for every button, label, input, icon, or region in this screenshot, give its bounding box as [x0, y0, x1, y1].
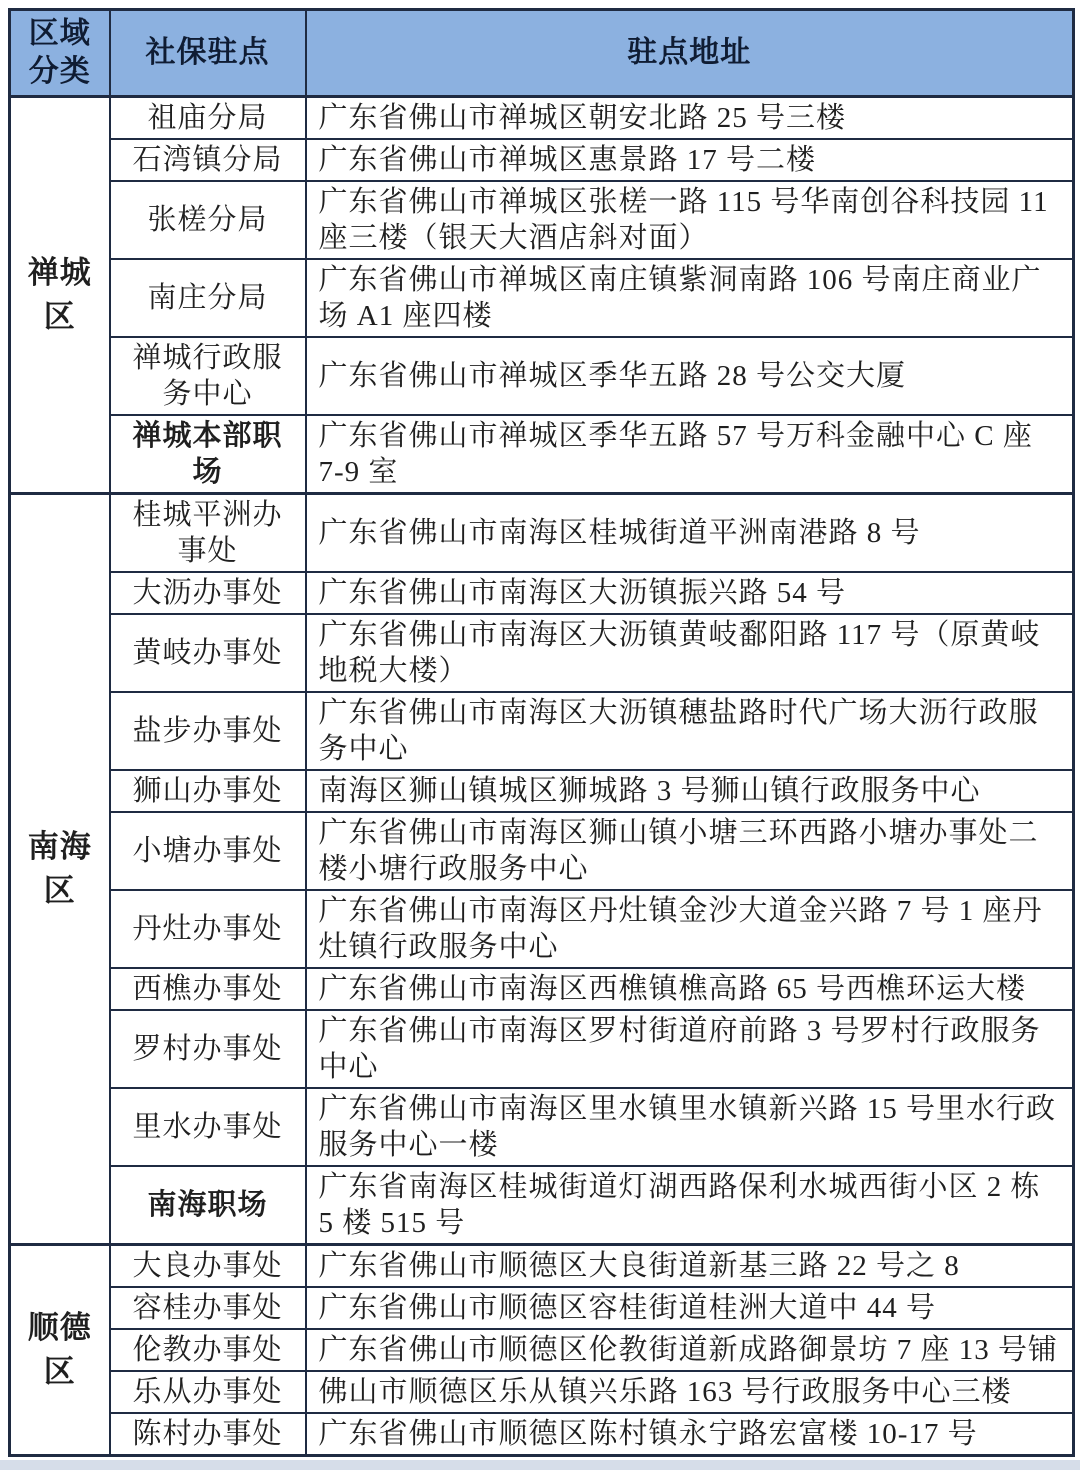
address-cell: 广东省佛山市南海区罗村街道府前路 3 号罗村行政服务中心 [306, 1010, 1074, 1088]
address-cell: 广东省佛山市禅城区惠景路 17 号二楼 [306, 139, 1074, 181]
header-region: 区域分类 [10, 10, 110, 97]
table-row: 禅城本部职场 广东省佛山市禅城区季华五路 57 号万科金融中心 C 座 7-9 … [10, 415, 1074, 494]
site-cell: 狮山办事处 [110, 770, 306, 812]
site-cell: 罗村办事处 [110, 1010, 306, 1088]
table-row: 南庄分局 广东省佛山市禅城区南庄镇紫洞南路 106 号南庄商业广场 A1 座四楼 [10, 259, 1074, 337]
address-cell: 广东省佛山市顺德区容桂街道桂洲大道中 44 号 [306, 1287, 1074, 1329]
table-row: 盐步办事处 广东省佛山市南海区大沥镇穗盐路时代广场大沥行政服务中心 [10, 692, 1074, 770]
header-row: 区域分类 社保驻点 驻点地址 [10, 10, 1074, 97]
address-cell: 广东省佛山市南海区西樵镇樵高路 65 号西樵环运大楼 [306, 968, 1074, 1010]
table-row: 里水办事处 广东省佛山市南海区里水镇里水镇新兴路 15 号里水行政服务中心一楼 [10, 1088, 1074, 1166]
table-row: 乐从办事处 佛山市顺德区乐从镇兴乐路 163 号行政服务中心三楼 [10, 1371, 1074, 1413]
table-row: 丹灶办事处 广东省佛山市南海区丹灶镇金沙大道金兴路 7 号 1 座丹灶镇行政服务… [10, 890, 1074, 968]
page: 区域分类 社保驻点 驻点地址 禅城区 祖庙分局 广东省佛山市禅城区朝安北路 25… [0, 0, 1080, 1470]
header-address: 驻点地址 [306, 10, 1074, 97]
table-row: 狮山办事处 南海区狮山镇城区狮城路 3 号狮山镇行政服务中心 [10, 770, 1074, 812]
table-row: 禅城区 祖庙分局 广东省佛山市禅城区朝安北路 25 号三楼 [10, 97, 1074, 140]
table-row: 容桂办事处 广东省佛山市顺德区容桂街道桂洲大道中 44 号 [10, 1287, 1074, 1329]
address-cell: 广东省佛山市南海区狮山镇小塘三环西路小塘办事处二楼小塘行政服务中心 [306, 812, 1074, 890]
address-cell: 广东省佛山市南海区里水镇里水镇新兴路 15 号里水行政服务中心一楼 [306, 1088, 1074, 1166]
site-cell: 乐从办事处 [110, 1371, 306, 1413]
address-cell: 广东省佛山市顺德区伦教街道新成路御景坊 7 座 13 号铺 [306, 1329, 1074, 1371]
address-cell: 广东省佛山市禅城区朝安北路 25 号三楼 [306, 97, 1074, 140]
address-cell: 广东省佛山市南海区大沥镇黄岐鄱阳路 117 号（原黄岐地税大楼） [306, 614, 1074, 692]
table-row: 黄岐办事处 广东省佛山市南海区大沥镇黄岐鄱阳路 117 号（原黄岐地税大楼） [10, 614, 1074, 692]
region-cell-nanhai: 南海区 [10, 494, 110, 1245]
address-cell: 南海区狮山镇城区狮城路 3 号狮山镇行政服务中心 [306, 770, 1074, 812]
table-wrap: 区域分类 社保驻点 驻点地址 禅城区 祖庙分局 广东省佛山市禅城区朝安北路 25… [8, 8, 1072, 1457]
table-row: 罗村办事处 广东省佛山市南海区罗村街道府前路 3 号罗村行政服务中心 [10, 1010, 1074, 1088]
address-cell: 佛山市顺德区乐从镇兴乐路 163 号行政服务中心三楼 [306, 1371, 1074, 1413]
region-cell-shunde: 顺德区 [10, 1245, 110, 1456]
site-cell: 容桂办事处 [110, 1287, 306, 1329]
site-cell: 黄岐办事处 [110, 614, 306, 692]
table-row: 南海区 桂城平洲办事处 广东省佛山市南海区桂城街道平洲南港路 8 号 [10, 494, 1074, 573]
address-cell: 广东省南海区桂城街道灯湖西路保利水城西街小区 2 栋 5 楼 515 号 [306, 1166, 1074, 1245]
site-cell: 石湾镇分局 [110, 139, 306, 181]
table-row: 禅城行政服务中心 广东省佛山市禅城区季华五路 28 号公交大厦 [10, 337, 1074, 415]
site-cell: 西樵办事处 [110, 968, 306, 1010]
site-cell: 禅城本部职场 [110, 415, 306, 494]
site-cell: 小塘办事处 [110, 812, 306, 890]
site-cell: 禅城行政服务中心 [110, 337, 306, 415]
address-cell: 广东省佛山市禅城区季华五路 57 号万科金融中心 C 座 7-9 室 [306, 415, 1074, 494]
social-security-stations-table: 区域分类 社保驻点 驻点地址 禅城区 祖庙分局 广东省佛山市禅城区朝安北路 25… [8, 8, 1075, 1457]
table-row: 大沥办事处 广东省佛山市南海区大沥镇振兴路 54 号 [10, 572, 1074, 614]
table-row: 石湾镇分局 广东省佛山市禅城区惠景路 17 号二楼 [10, 139, 1074, 181]
site-cell: 南海职场 [110, 1166, 306, 1245]
table-row: 南海职场 广东省南海区桂城街道灯湖西路保利水城西街小区 2 栋 5 楼 515 … [10, 1166, 1074, 1245]
address-cell: 广东省佛山市顺德区大良街道新基三路 22 号之 8 [306, 1245, 1074, 1288]
header-site: 社保驻点 [110, 10, 306, 97]
site-cell: 伦教办事处 [110, 1329, 306, 1371]
table-row: 顺德区 大良办事处 广东省佛山市顺德区大良街道新基三路 22 号之 8 [10, 1245, 1074, 1288]
address-cell: 广东省佛山市顺德区陈村镇永宁路宏富楼 10-17 号 [306, 1413, 1074, 1456]
site-cell: 陈村办事处 [110, 1413, 306, 1456]
address-cell: 广东省佛山市南海区丹灶镇金沙大道金兴路 7 号 1 座丹灶镇行政服务中心 [306, 890, 1074, 968]
site-cell: 大沥办事处 [110, 572, 306, 614]
address-cell: 广东省佛山市南海区桂城街道平洲南港路 8 号 [306, 494, 1074, 573]
site-cell: 盐步办事处 [110, 692, 306, 770]
region-cell-chancheng: 禅城区 [10, 97, 110, 494]
table-row: 西樵办事处 广东省佛山市南海区西樵镇樵高路 65 号西樵环运大楼 [10, 968, 1074, 1010]
table-row: 小塘办事处 广东省佛山市南海区狮山镇小塘三环西路小塘办事处二楼小塘行政服务中心 [10, 812, 1074, 890]
site-cell: 南庄分局 [110, 259, 306, 337]
site-cell: 张槎分局 [110, 181, 306, 259]
table-row: 伦教办事处 广东省佛山市顺德区伦教街道新成路御景坊 7 座 13 号铺 [10, 1329, 1074, 1371]
site-cell: 祖庙分局 [110, 97, 306, 140]
table-row: 张槎分局 广东省佛山市禅城区张槎一路 115 号华南创谷科技园 11 座三楼（银… [10, 181, 1074, 259]
site-cell: 大良办事处 [110, 1245, 306, 1288]
address-cell: 广东省佛山市禅城区南庄镇紫洞南路 106 号南庄商业广场 A1 座四楼 [306, 259, 1074, 337]
table-row: 陈村办事处 广东省佛山市顺德区陈村镇永宁路宏富楼 10-17 号 [10, 1413, 1074, 1456]
site-cell: 里水办事处 [110, 1088, 306, 1166]
bottom-edge-strip [0, 1460, 1080, 1470]
address-cell: 广东省佛山市南海区大沥镇穗盐路时代广场大沥行政服务中心 [306, 692, 1074, 770]
site-cell: 丹灶办事处 [110, 890, 306, 968]
site-cell: 桂城平洲办事处 [110, 494, 306, 573]
address-cell: 广东省佛山市禅城区季华五路 28 号公交大厦 [306, 337, 1074, 415]
address-cell: 广东省佛山市南海区大沥镇振兴路 54 号 [306, 572, 1074, 614]
address-cell: 广东省佛山市禅城区张槎一路 115 号华南创谷科技园 11 座三楼（银天大酒店斜… [306, 181, 1074, 259]
